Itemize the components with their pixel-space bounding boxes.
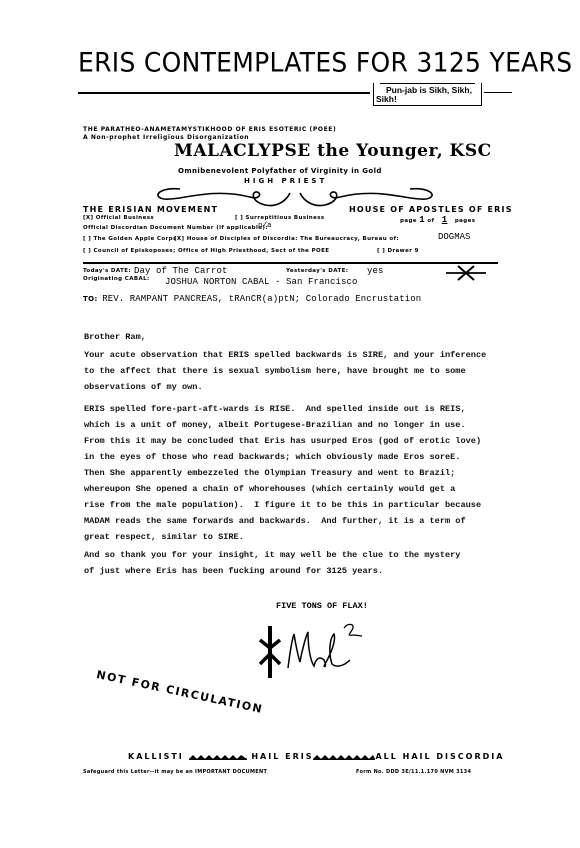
official-business-checkbox: [X] Official Business [83,215,154,221]
page-label: page [400,218,417,224]
drawer-checkbox: [ ] Drawer 9 [377,248,419,254]
yesterdays-date-label: Yesterday's DATE: [286,268,348,274]
surreptitious-business-checkbox: [ ] Surreptitious Business [235,215,325,221]
pentabarf-cross-icon [446,264,486,282]
footer-hail-eris: HAIL ERIS [251,752,313,761]
house-heading: HOUSE OF APOSTLES OF ERIS [349,205,513,214]
org-line-2: A Non-prophet Irreligious Disorganizatio… [83,134,249,141]
originating-cabal-label: Originating CABAL: [83,276,150,282]
paragraph-1: Your acute observation that ERIS spelled… [84,347,486,395]
doc-number-label: Official Discordian Document Number (if … [83,225,268,231]
title-rule-right [484,92,512,93]
footer-motto: KALLISTI HAIL ERIS ALL HAIL DISCORDIA [128,752,504,761]
page-title: ERIS CONTEMPLATES FOR 3125 YEARS [78,47,572,77]
recipient-line: TO: REV. RAMPANT PANCREAS, tRAnCR(a)ptN;… [83,288,421,306]
paragraph-3: And so thank you for your insight, it ma… [84,547,460,579]
council-checkbox: [ ] Council of Episkoposes; Office of Hi… [83,248,329,254]
yesterdays-date-value: yes [367,266,384,276]
page-of-label: of [427,218,434,224]
wave-ornament-icon [313,752,375,760]
page-number: 1 [419,215,425,225]
paragraph-2: ERIS spelled fore-part-aft-wards is RISE… [84,401,481,545]
wave-ornament-icon [189,752,247,760]
footer-all-hail: ALL HAIL DISCORDIA [375,752,504,761]
to-value: REV. RAMPANT PANCREAS, tRAnCR(a)ptN; Col… [102,294,421,304]
letterhead-name: MALACLYPSE the Younger, KSC [174,141,492,161]
todays-date-value: Day of The Carrot [134,266,228,276]
caption-text: Pun-jab is Sikh, Sikh, Sikh! [376,86,480,104]
doc-number-value: n/a [258,222,272,230]
to-label: TO: [83,295,98,303]
golden-apple-checkbox: [ ] The Golden Apple Corps [83,236,177,242]
signature-mal2 [258,622,378,682]
pages-label: pages [455,218,476,224]
footer-kallisti: KALLISTI [128,752,184,761]
form-number: Form No. DDD 3E/11.1.170 NVM 3134 [356,769,471,775]
page-counter: page 1 of 1 pages [400,215,475,225]
movement-heading: THE ERISIAN MOVEMENT [83,205,218,214]
title-rule [78,92,370,94]
todays-date-label: Today's DATE: [83,268,131,274]
safeguard-notice: Safeguard this Letter--it may be an IMPO… [83,769,267,775]
not-for-circulation-stamp: NOT FOR CIRCULATION [95,668,264,716]
caption-box: Pun-jab is Sikh, Sikh, Sikh! [373,83,482,106]
org-line-1: THE PARATHEO-ANAMETAMYSTIKHOOD OF ERIS E… [83,126,336,133]
house-of-disciples-checkbox: [X] House of Disciples of Discordia: The… [174,236,399,242]
page-total: 1 [437,215,453,225]
salutation: Brother Ram, [84,329,146,345]
bureau-value: DOGMAS [438,232,470,242]
header-rule [83,262,498,264]
originating-cabal-value: JOSHUA NORTON CABAL - San Francisco [165,277,358,287]
letterhead-subtitle: Omnibenevolent Polyfather of Virginity i… [178,167,382,175]
closing-line: FIVE TONS OF FLAX! [276,601,368,611]
